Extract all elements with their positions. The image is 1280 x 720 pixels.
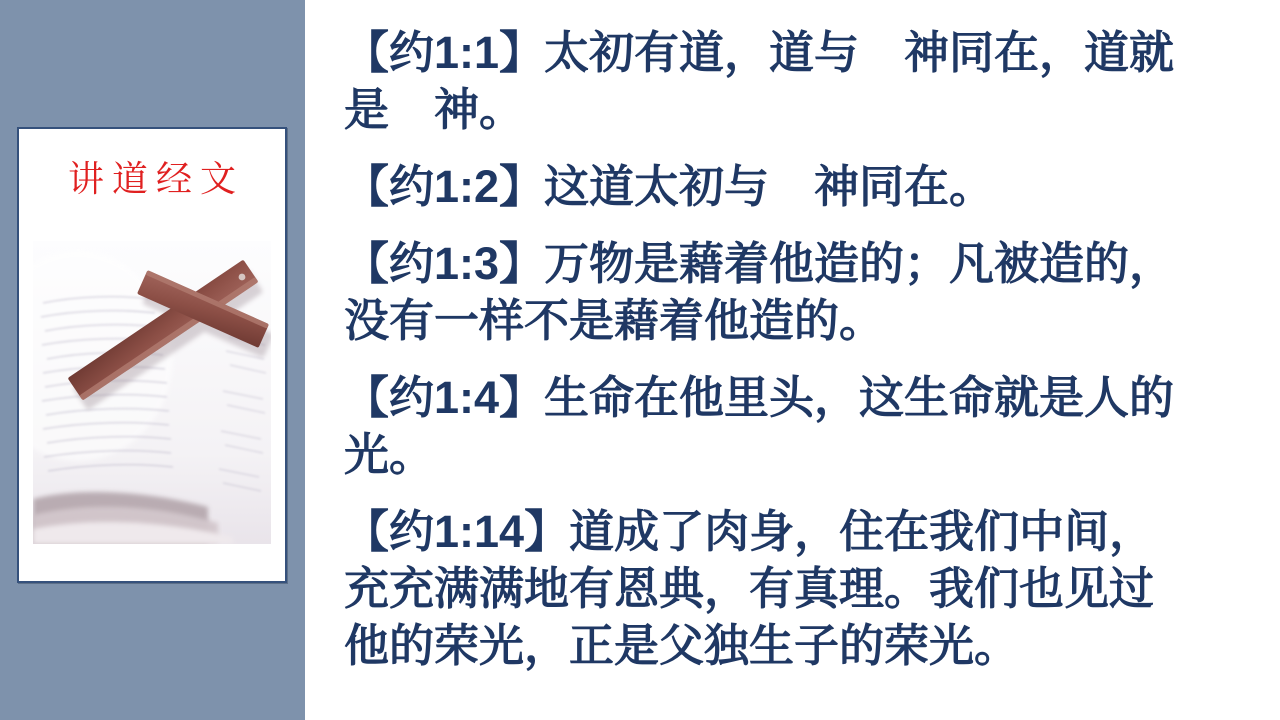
scripture-card: 讲道经文: [17, 127, 287, 583]
verse-john-1-14: 【约1:14】道成了肉身，住在我们中间， 充充满满地有恩典，有真理。我们也见过 …: [344, 503, 1274, 674]
verse-john-1-2: 【约1:2】这道太初与 神同在。: [344, 158, 1274, 215]
slide: 讲道经文: [0, 0, 1280, 720]
bible-cross-illustration: [33, 241, 271, 544]
bible-cross-photo: [33, 241, 271, 544]
scripture-text-block: 【约1:1】太初有道，道与 神同在，道就 是 神。 【约1:2】这道太初与 神同…: [344, 0, 1274, 694]
cross-hole: [239, 274, 246, 281]
verse-john-1-4: 【约1:4】生命在他里头，这生命就是人的 光。: [344, 369, 1274, 483]
sidebar-panel: 讲道经文: [0, 0, 305, 720]
verse-john-1-1: 【约1:1】太初有道，道与 神同在，道就 是 神。: [344, 24, 1274, 138]
verse-john-1-3: 【约1:3】万物是藉着他造的；凡被造的， 没有一样不是藉着他造的。: [344, 235, 1274, 349]
card-title: 讲道经文: [19, 157, 285, 201]
